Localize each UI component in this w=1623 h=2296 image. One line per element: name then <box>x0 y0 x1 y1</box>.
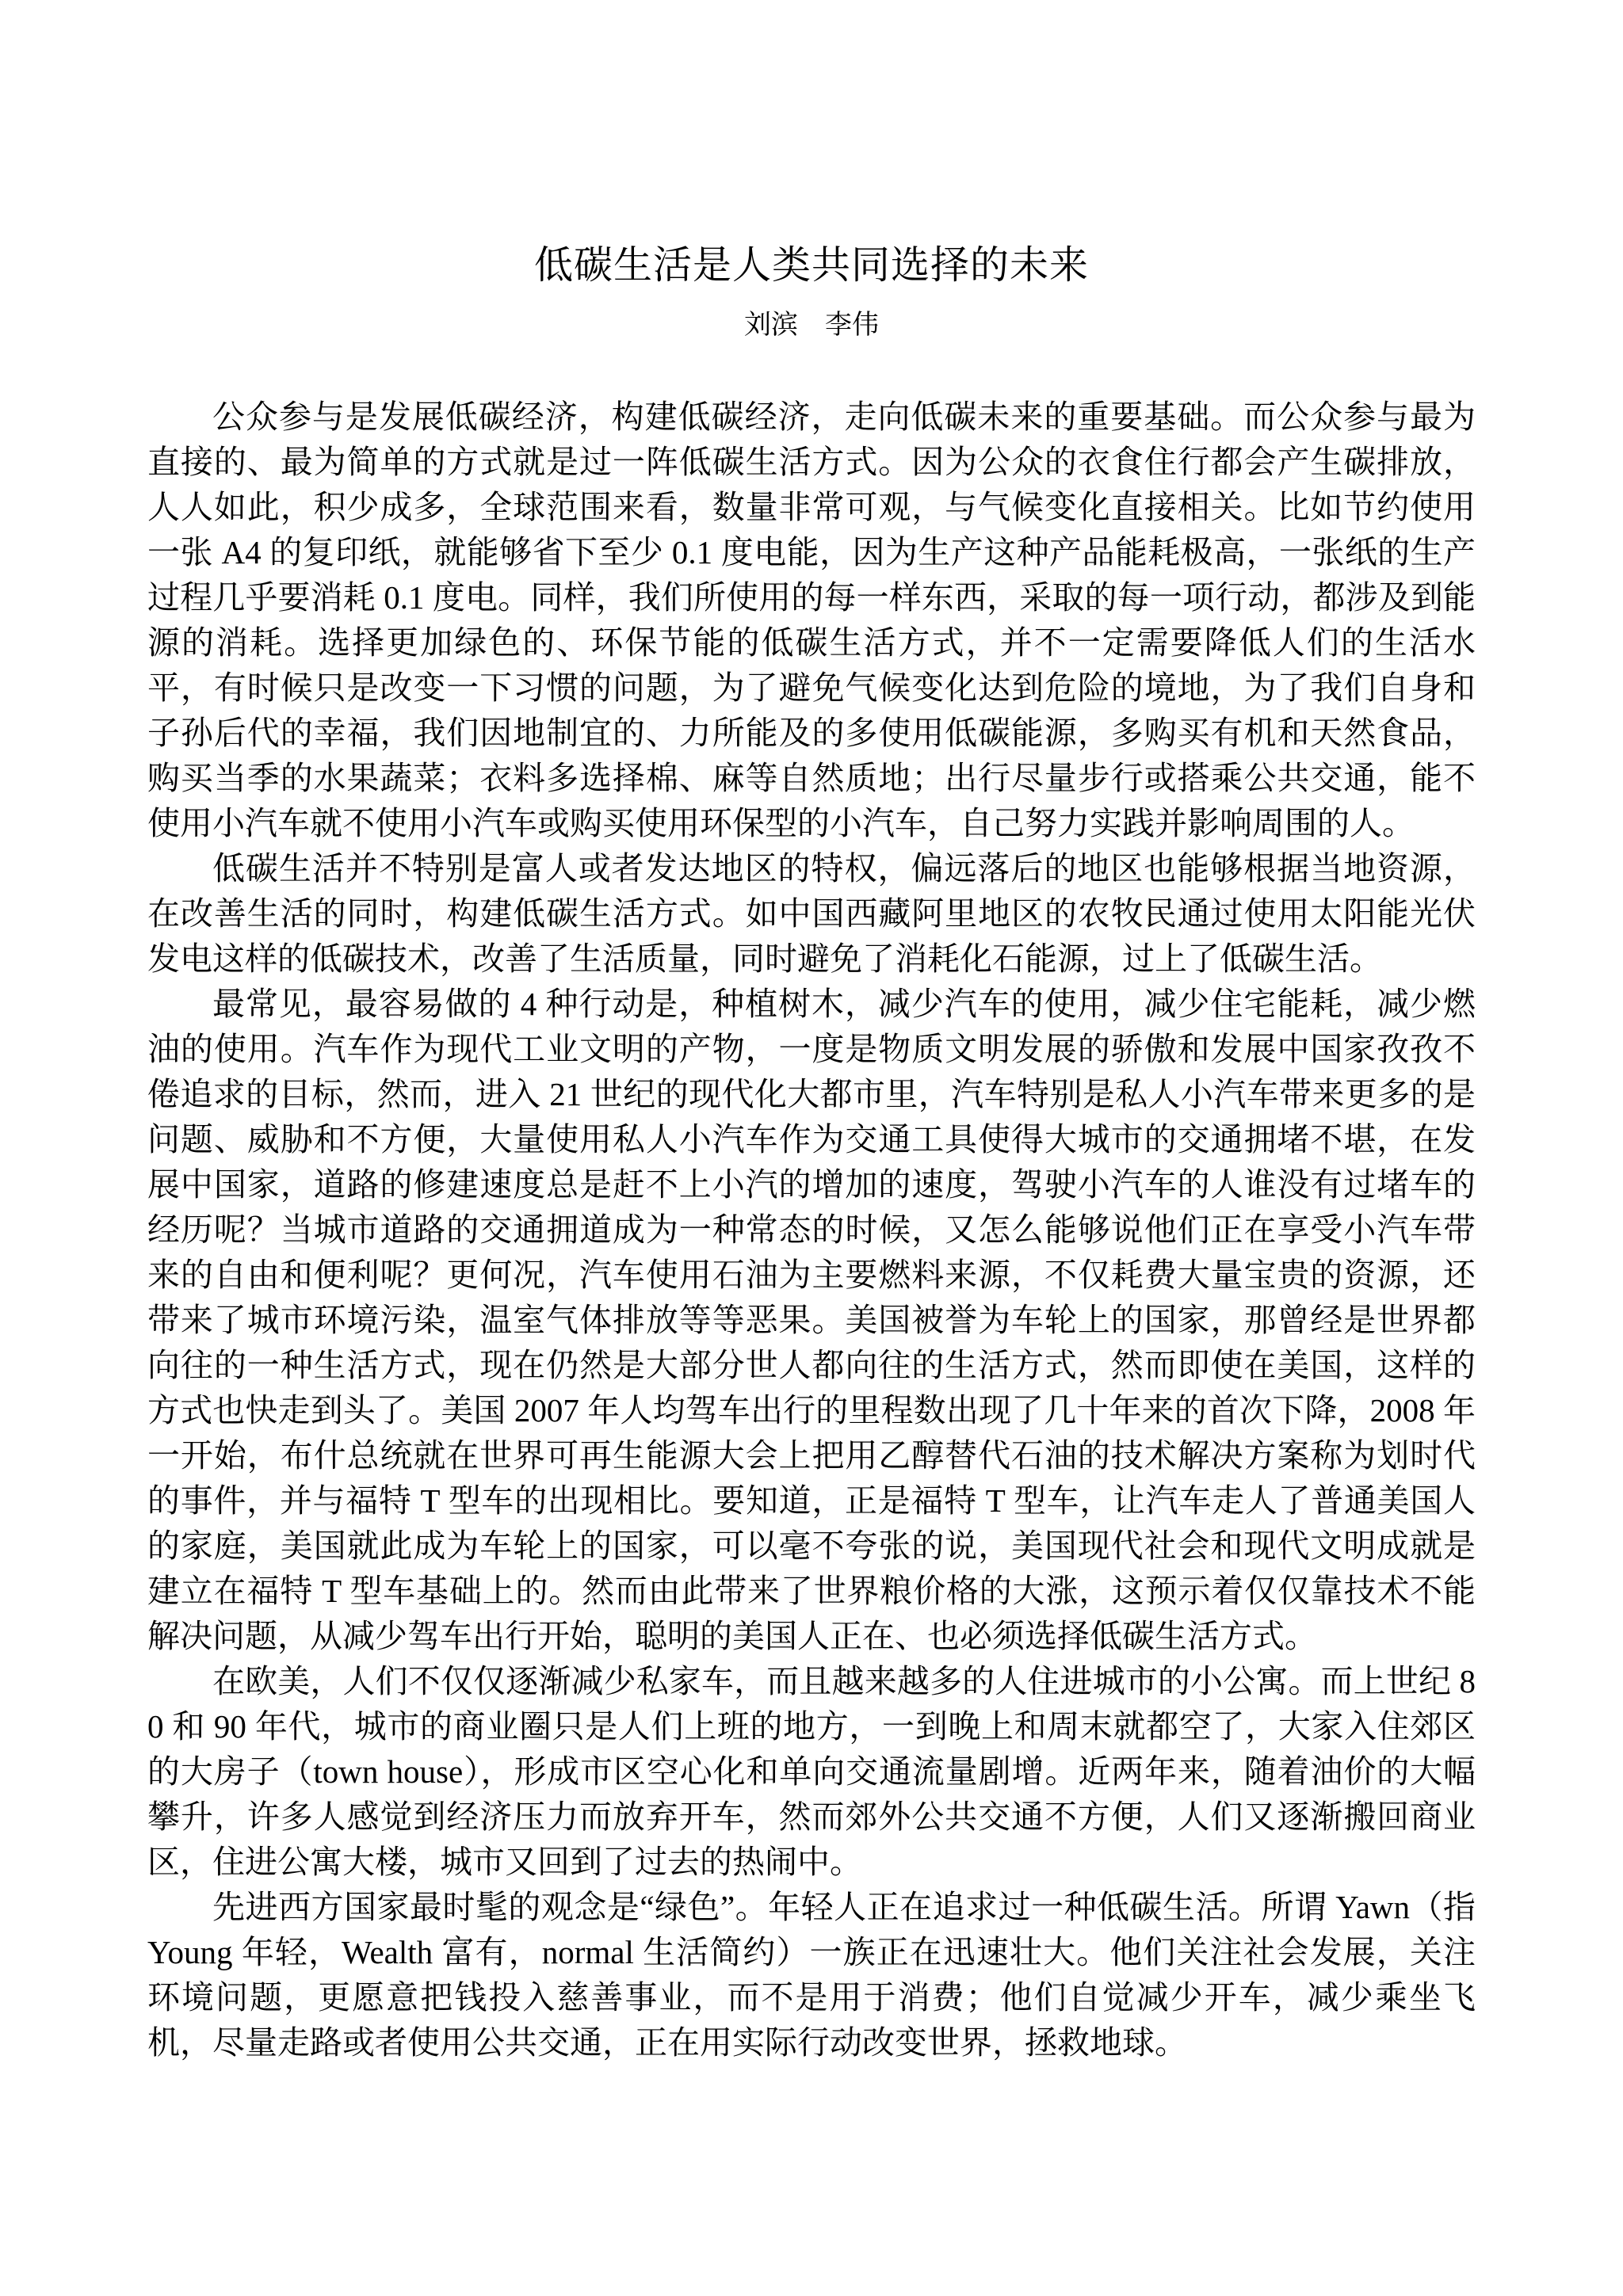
paragraph-1: 公众参与是发展低碳经济，构建低碳经济，走向低碳未来的重要基础。而公众参与最为直接… <box>147 395 1476 846</box>
paragraph-2: 低碳生活并不特别是富人或者发达地区的特权，偏远落后的地区也能够根据当地资源，在改… <box>147 846 1476 982</box>
paragraph-3: 最常见，最容易做的 4 种行动是，种植树木，减少汽车的使用，减少住宅能耗，减少燃… <box>147 982 1476 1659</box>
paragraph-5: 先进西方国家最时髦的观念是“绿色”。年轻人正在追求过一种低碳生活。所谓 Yawn… <box>147 1885 1476 2065</box>
paragraph-4: 在欧美，人们不仅仅逐渐减少私家车，而且越来越多的人住进城市的小公寓。而上世纪 8… <box>147 1659 1476 1885</box>
document-authors: 刘滨 李伟 <box>147 310 1476 342</box>
document-page: 低碳生活是人类共同选择的未来 刘滨 李伟 公众参与是发展低碳经济，构建低碳经济，… <box>0 0 1623 2296</box>
document-body: 公众参与是发展低碳经济，构建低碳经济，走向低碳未来的重要基础。而公众参与最为直接… <box>147 395 1476 2065</box>
document-title: 低碳生活是人类共同选择的未来 <box>147 0 1476 289</box>
